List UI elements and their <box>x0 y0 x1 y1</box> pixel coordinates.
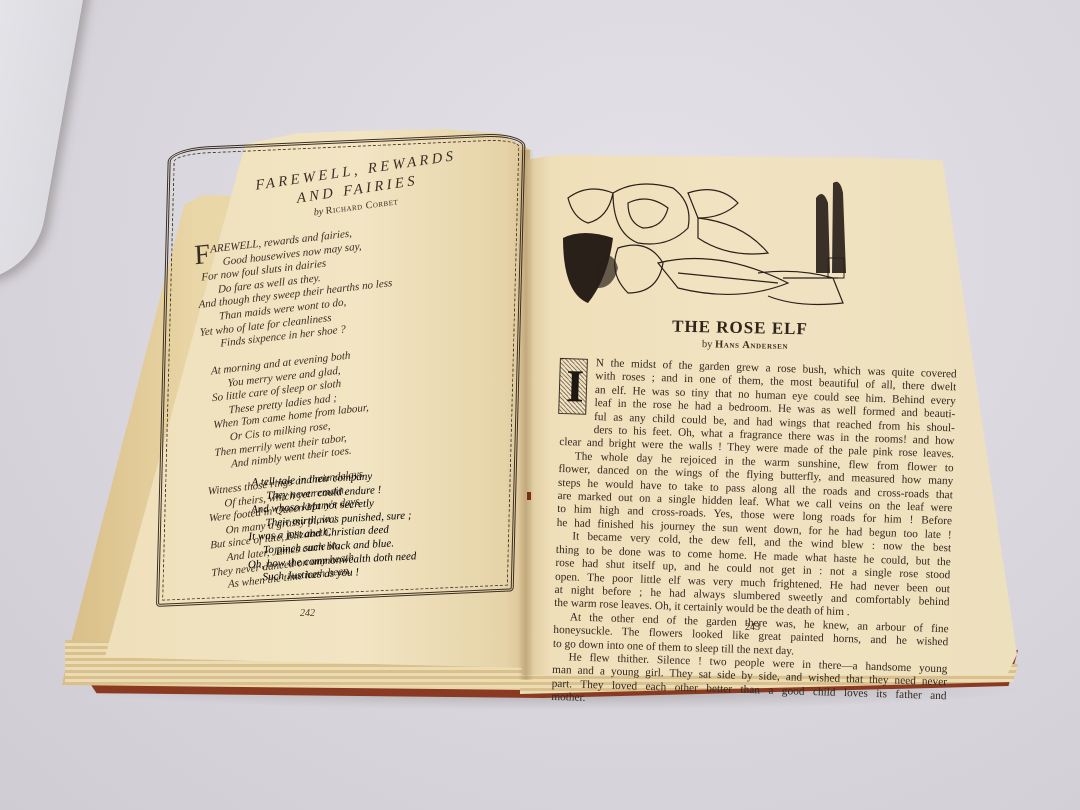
poem-stanza-2: At morning and at evening both You merry… <box>189 334 493 476</box>
page-number-right: 243 <box>745 622 760 633</box>
poem-stanza-1: F AREWELL, rewards and fairies, Good hou… <box>192 212 496 354</box>
illuminated-drop-cap: I <box>558 358 588 415</box>
story-title: THE ROSE ELF <box>640 316 840 340</box>
white-object-left <box>0 0 86 280</box>
rose-illustration <box>558 178 858 313</box>
poem-stanza-4: A tell-tale in their company They never … <box>229 462 534 586</box>
photo-scene: Farewell, Rewards and Fairies by Richard… <box>0 0 1080 810</box>
drop-cap: F <box>194 241 211 271</box>
story-text: I N the midst of the garden grew a rose … <box>551 356 957 717</box>
page-number-left: 242 <box>300 608 315 619</box>
